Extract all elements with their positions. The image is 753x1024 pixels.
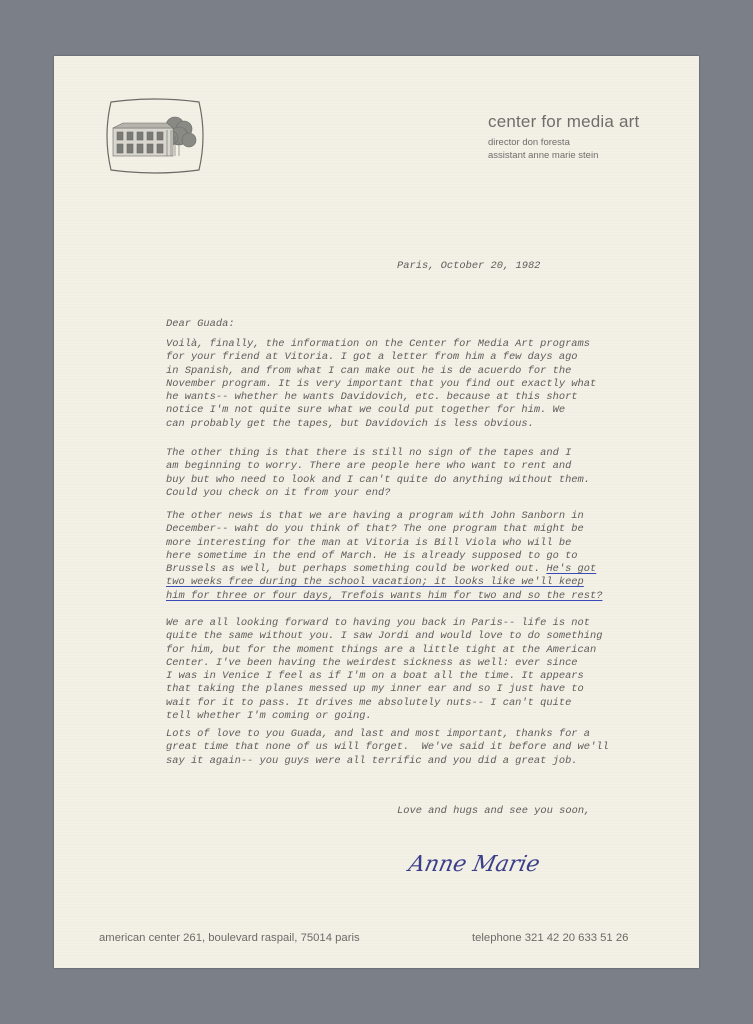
salutation: Dear Guada: [166, 318, 235, 331]
paragraph-5: Lots of love to you Guada, and last and … [166, 728, 686, 768]
paragraph-3: The other news is that we are having a p… [166, 510, 686, 603]
handwritten-signature: Anne Marie [406, 852, 542, 877]
building-in-tv-frame-icon [101, 96, 209, 176]
footer-address: american center 261, boulevard raspail, … [99, 932, 360, 944]
closing-line: Love and hugs and see you soon, [397, 805, 590, 818]
director-line: director don foresta [488, 136, 639, 149]
paragraph-2: The other thing is that there is still n… [166, 447, 686, 500]
letter-date: Paris, October 20, 1982 [397, 260, 540, 273]
assistant-line: assistant anne marie stein [488, 149, 639, 162]
letterhead: center for media art director don forest… [488, 111, 639, 162]
organization-name: center for media art [488, 111, 639, 133]
paragraph-1: Voilà, finally, the information on the C… [166, 338, 686, 431]
underlined-passage: He's got two weeks free during the schoo… [166, 563, 602, 602]
paragraph-4: We are all looking forward to having you… [166, 617, 686, 723]
letter-page: center for media art director don forest… [54, 56, 699, 968]
footer-telephone: telephone 321 42 20 633 51 26 [472, 932, 628, 944]
